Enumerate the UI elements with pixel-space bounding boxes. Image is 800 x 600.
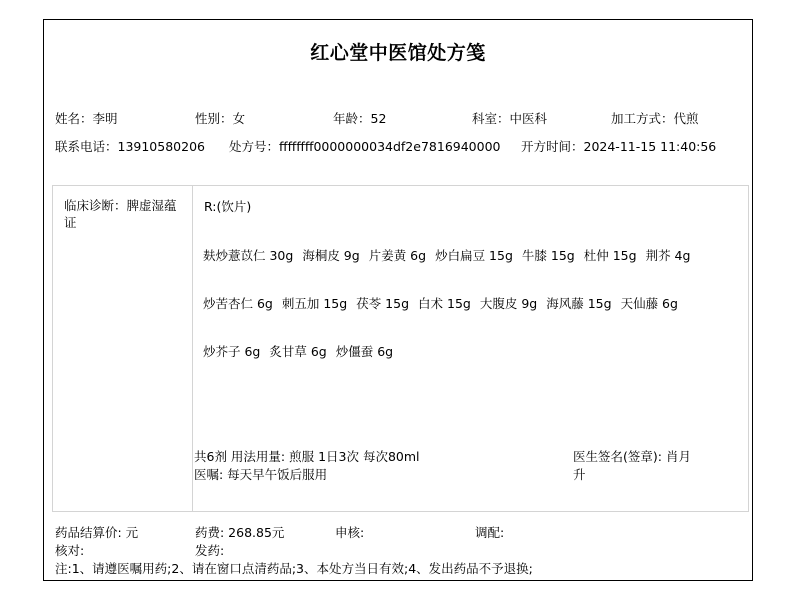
review-field: 申核: <box>335 523 364 541</box>
herb-item: 荆芥 4g <box>646 248 691 263</box>
herb-line: 麸炒薏苡仁 30g海桐皮 9g片姜黄 6g炒白扁豆 15g牛膝 15g杜仲 15… <box>203 246 699 264</box>
herb-line: 炒芥子 6g炙甘草 6g炒僵蚕 6g <box>203 342 402 360</box>
herb-item: 海风藤 15g <box>546 296 611 311</box>
herb-item: 天仙藤 6g <box>621 296 678 311</box>
prescription-time: 开方时间：2024-11-15 11:40:56 <box>521 137 716 155</box>
herb-line: 炒苦杏仁 6g刺五加 15g茯苓 15g白术 15g大腹皮 9g海风藤 15g天… <box>203 294 687 312</box>
herb-item: 大腹皮 9g <box>480 296 537 311</box>
herb-item: 牛膝 15g <box>522 248 575 263</box>
department: 科室：中医科 <box>472 109 547 127</box>
patient-gender: 性别：女 <box>195 109 245 127</box>
patient-name: 姓名：李明 <box>55 109 118 127</box>
prescription-sheet: 红心堂中医馆处方笺 姓名：李明 性别：女 年龄：52 科室：中医科 加工方式：代… <box>43 19 753 581</box>
herb-item: 炙甘草 6g <box>269 344 326 359</box>
issue-field: 发药: <box>195 541 224 559</box>
footer-note: 注:1、请遵医嘱用药;2、请在窗口点清药品;3、本处方当日有效;4、发出药品不予… <box>55 559 533 577</box>
prescription-number: 处方号：ffffffff0000000034df2e7816940000 <box>229 137 501 155</box>
usage-block: 共6剂 用法用量: 煎服 1日3次 每次80ml 医嘱: 每天早午饭后服用 <box>194 448 420 484</box>
page-title: 红心堂中医馆处方笺 <box>44 38 752 65</box>
herb-item: 海桐皮 9g <box>302 248 359 263</box>
prescription-column: R:(饮片) 麸炒薏苡仁 30g海桐皮 9g片姜黄 6g炒白扁豆 15g牛膝 1… <box>193 186 748 511</box>
diagnosis-column: 临床诊断：脾虚湿蕴证 <box>53 186 193 511</box>
herb-item: 炒僵蚕 6g <box>336 344 393 359</box>
herb-item: 炒苦杏仁 6g <box>203 296 273 311</box>
check-field: 核对: <box>55 541 84 559</box>
herb-item: 片姜黄 6g <box>369 248 426 263</box>
dispense-field: 调配: <box>475 523 504 541</box>
herb-item: 炒芥子 6g <box>203 344 260 359</box>
processing-method: 加工方式：代煎 <box>611 109 699 127</box>
prescription-body: 临床诊断：脾虚湿蕴证 R:(饮片) 麸炒薏苡仁 30g海桐皮 9g片姜黄 6g炒… <box>52 185 749 512</box>
usage-dosage: 共6剂 用法用量: 煎服 1日3次 每次80ml <box>194 448 420 466</box>
herb-item: 炒白扁豆 15g <box>435 248 513 263</box>
patient-phone: 联系电话：13910580206 <box>55 137 205 155</box>
clinical-diagnosis: 临床诊断：脾虚湿蕴证 <box>64 197 182 231</box>
drug-fee: 药费: 268.85元 <box>195 523 284 541</box>
herb-item: 麸炒薏苡仁 30g <box>203 248 293 263</box>
herb-item: 刺五加 15g <box>282 296 347 311</box>
patient-age: 年龄：52 <box>333 109 386 127</box>
herb-item: 茯苓 15g <box>356 296 409 311</box>
doctor-signature: 医生签名(签章): 肖月升 <box>573 448 703 484</box>
doctor-advice: 医嘱: 每天早午饭后服用 <box>194 466 420 484</box>
herb-item: 白术 15g <box>418 296 471 311</box>
settle-price: 药品结算价: 元 <box>55 523 138 541</box>
rx-header: R:(饮片) <box>204 197 251 215</box>
herb-item: 杜仲 15g <box>584 248 637 263</box>
